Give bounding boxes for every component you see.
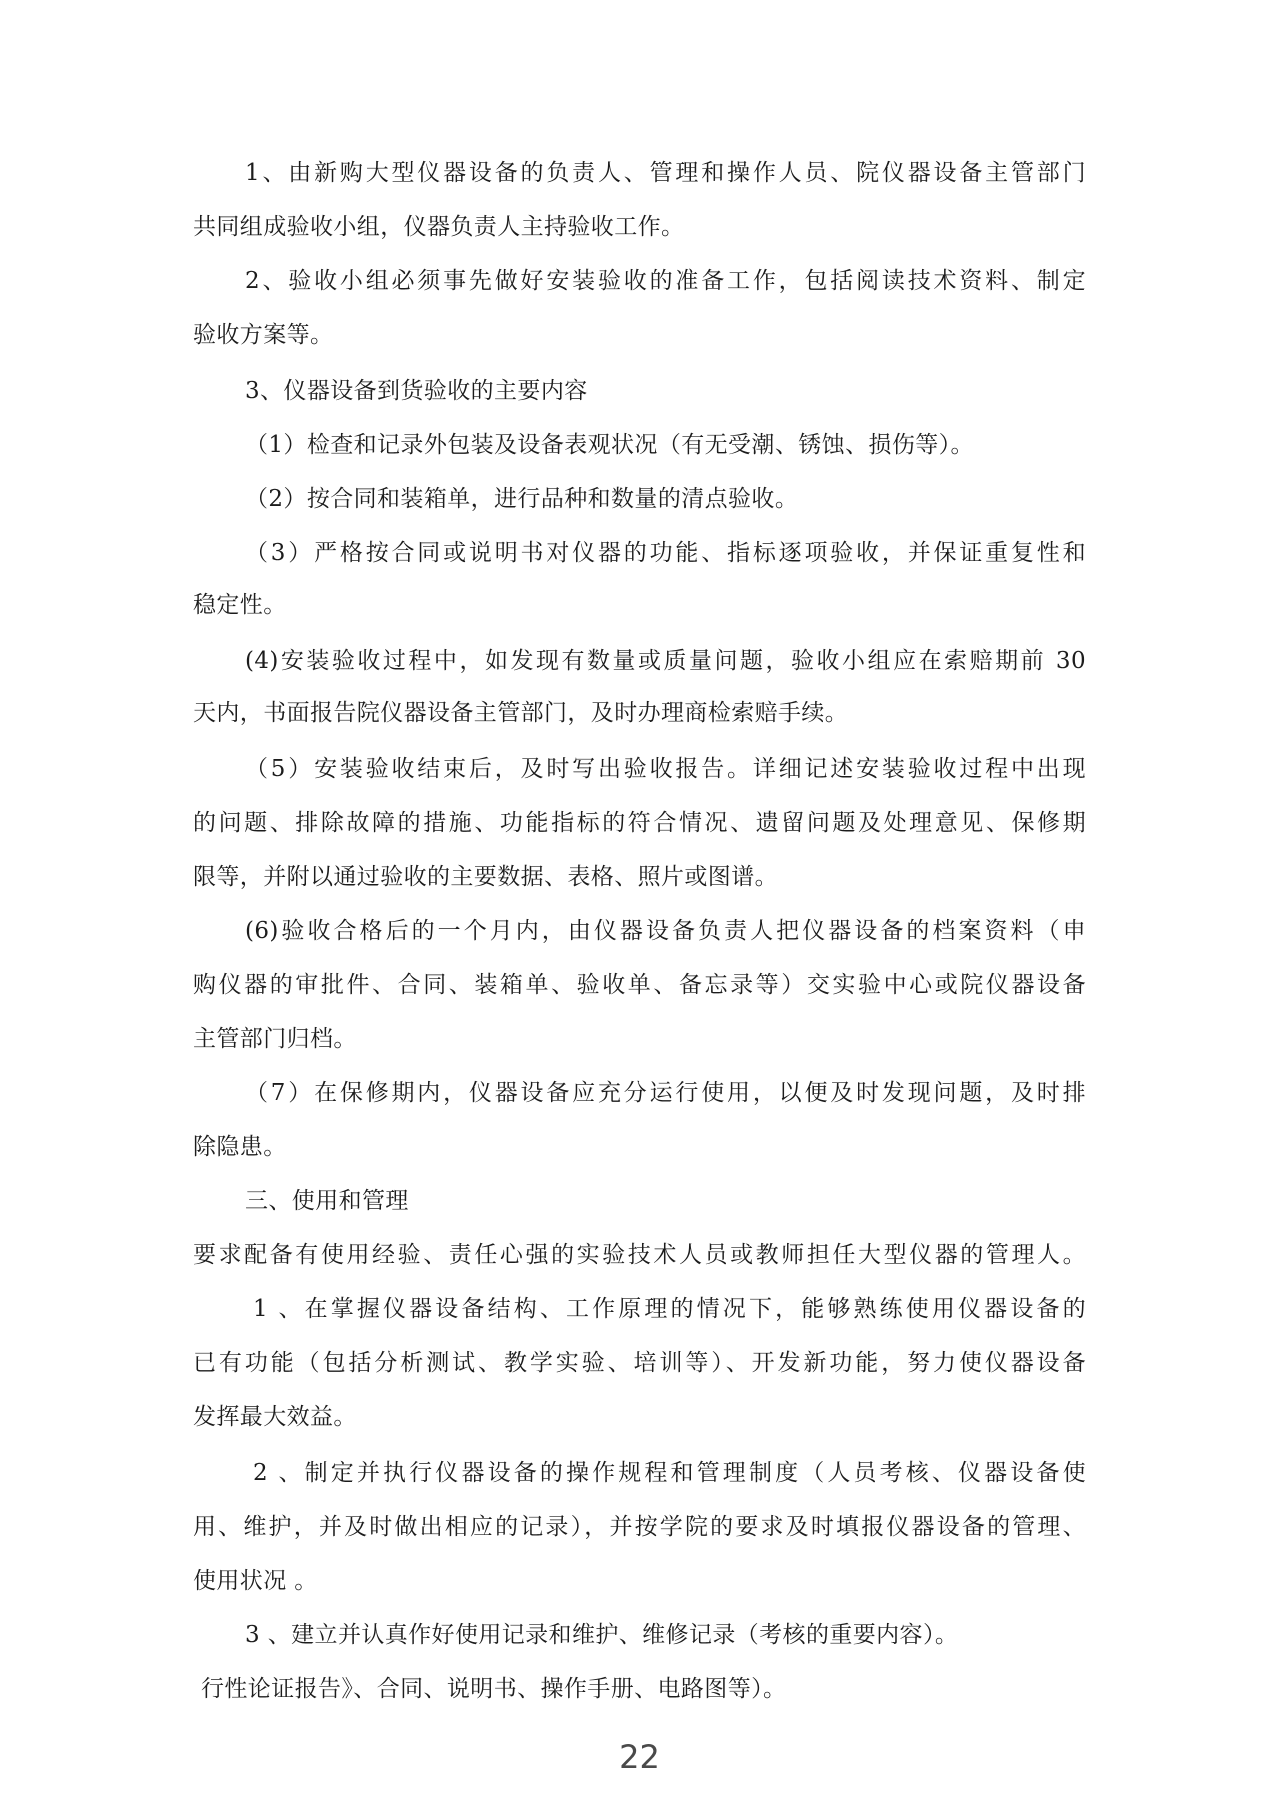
paragraph-line: 验收方案等。 — [193, 320, 333, 350]
list-item: 3 、建立并认真作好使用记录和维护、维修记录（考核的重要内容）。 — [193, 1620, 958, 1650]
paragraph-line: 行性论证报告》、合同、说明书、操作手册、电路图等）。 — [193, 1674, 786, 1704]
paragraph-line: 除隐患。 — [193, 1132, 287, 1162]
paragraph-line: 发挥最大效益。 — [193, 1402, 357, 1432]
document-page: 1、由新购大型仪器设备的负责人、管理和操作人员、院仪器设备主管部门 共同组成验收… — [0, 0, 1279, 1809]
paragraph-line: 购仪器的审批件、合同、装箱单、验收单、备忘录等）交实验中心或院仪器设备 — [193, 970, 1086, 1000]
paragraph-line: 主管部门归档。 — [193, 1024, 357, 1054]
list-item: （5）安装验收结束后，及时写出验收报告。详细记述安装验收过程中出现 — [193, 754, 1086, 784]
paragraph-line: 限等，并附以通过验收的主要数据、表格、照片或图谱。 — [193, 862, 778, 892]
list-item: (6)验收合格后的一个月内，由仪器设备负责人把仪器设备的档案资料（申 — [193, 916, 1086, 946]
paragraph-line: 共同组成验收小组，仪器负责人主持验收工作。 — [193, 212, 684, 242]
section-heading: 三、使用和管理 — [193, 1186, 409, 1216]
paragraph-line: 要求配备有使用经验、责任心强的实验技术人员或教师担任大型仪器的管理人。 — [193, 1240, 1086, 1270]
list-item: （1）检查和记录外包装及设备表观状况（有无受潮、锈蚀、损伤等）。 — [193, 430, 974, 460]
paragraph-line: 已有功能（包括分析测试、教学实验、培训等）、开发新功能，努力使仪器设备 — [193, 1348, 1086, 1378]
list-item: （3）严格按合同或说明书对仪器的功能、指标逐项验收，并保证重复性和 — [193, 538, 1086, 568]
paragraph-line: 用、维护，并及时做出相应的记录），并按学院的要求及时填报仪器设备的管理、 — [193, 1512, 1086, 1542]
paragraph-line: 2、验收小组必须事先做好安装验收的准备工作，包括阅读技术资料、制定 — [193, 266, 1086, 296]
paragraph-line: 天内，书面报告院仪器设备主管部门，及时办理商检索赔手续。 — [193, 698, 848, 728]
paragraph-line: 1、由新购大型仪器设备的负责人、管理和操作人员、院仪器设备主管部门 — [193, 158, 1086, 188]
list-item: （2）按合同和装箱单，进行品种和数量的清点验收。 — [193, 484, 798, 514]
list-item: 2 、制定并执行仪器设备的操作规程和管理制度（人员考核、仪器设备使 — [193, 1458, 1086, 1488]
page-number: 22 — [0, 1738, 1279, 1776]
paragraph-line: 使用状况 。 — [193, 1566, 318, 1596]
list-item: （7）在保修期内，仪器设备应充分运行使用，以便及时发现问题，及时排 — [193, 1078, 1086, 1108]
paragraph-line: 稳定性。 — [193, 590, 287, 620]
section-heading: 3、仪器设备到货验收的主要内容 — [193, 376, 588, 406]
list-item: 1 、在掌握仪器设备结构、工作原理的情况下，能够熟练使用仪器设备的 — [193, 1294, 1086, 1324]
paragraph-line: 的问题、排除故障的措施、功能指标的符合情况、遗留问题及处理意见、保修期 — [193, 808, 1086, 838]
list-item: (4)安装验收过程中，如发现有数量或质量问题，验收小组应在索赔期前 30 — [193, 646, 1086, 676]
